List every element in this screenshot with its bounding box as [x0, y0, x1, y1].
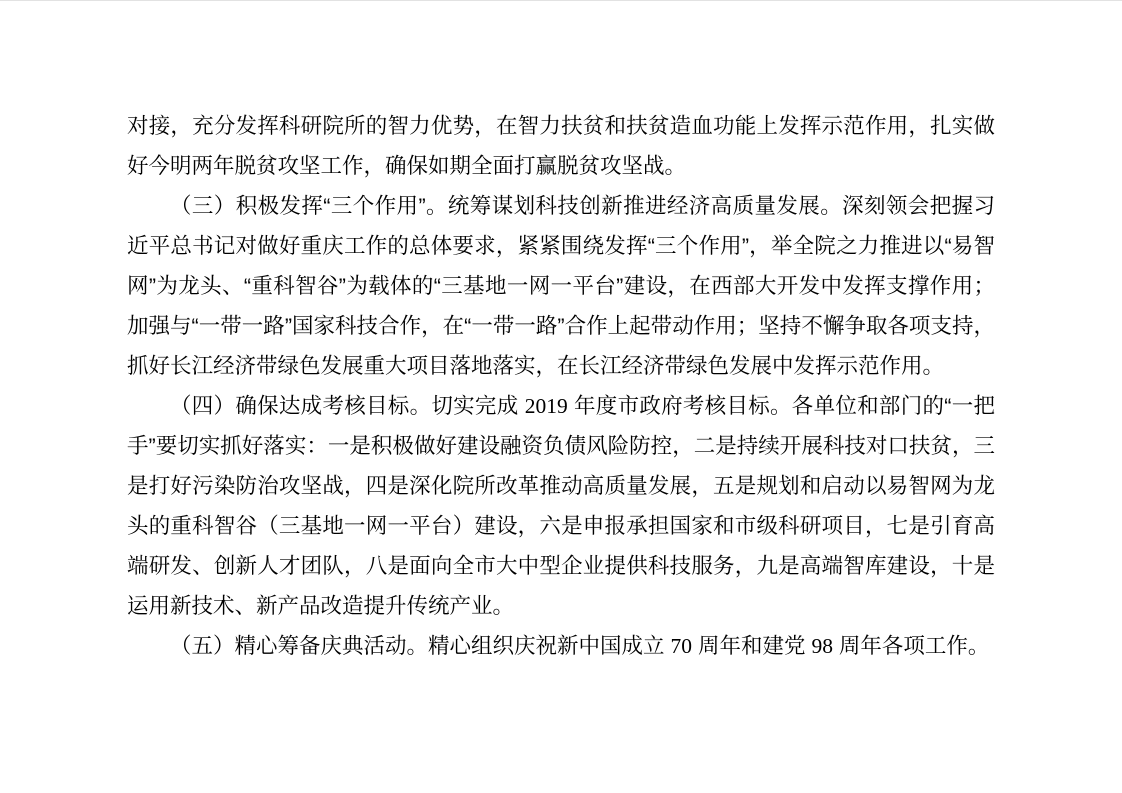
paragraph-section-four: （四）确保达成考核目标。切实完成 2019 年度市政府考核目标。各单位和部门的“… [127, 386, 995, 626]
paragraph-section-five: （五）精心筹备庆典活动。精心组织庆祝新中国成立 70 周年和建党 98 周年各项… [127, 626, 995, 666]
document-body: 对接，充分发挥科研院所的智力优势，在智力扶贫和扶贫造血功能上发挥示范作用，扎实做… [127, 106, 995, 666]
paragraph-continuation: 对接，充分发挥科研院所的智力优势，在智力扶贫和扶贫造血功能上发挥示范作用，扎实做… [127, 106, 995, 186]
document-page: 对接，充分发挥科研院所的智力优势，在智力扶贫和扶贫造血功能上发挥示范作用，扎实做… [0, 0, 1122, 793]
page-top-edge-line [0, 0, 1122, 1]
paragraph-section-three: （三）积极发挥“三个作用”。统筹谋划科技创新推进经济高质量发展。深刻领会把握习近… [127, 186, 995, 386]
